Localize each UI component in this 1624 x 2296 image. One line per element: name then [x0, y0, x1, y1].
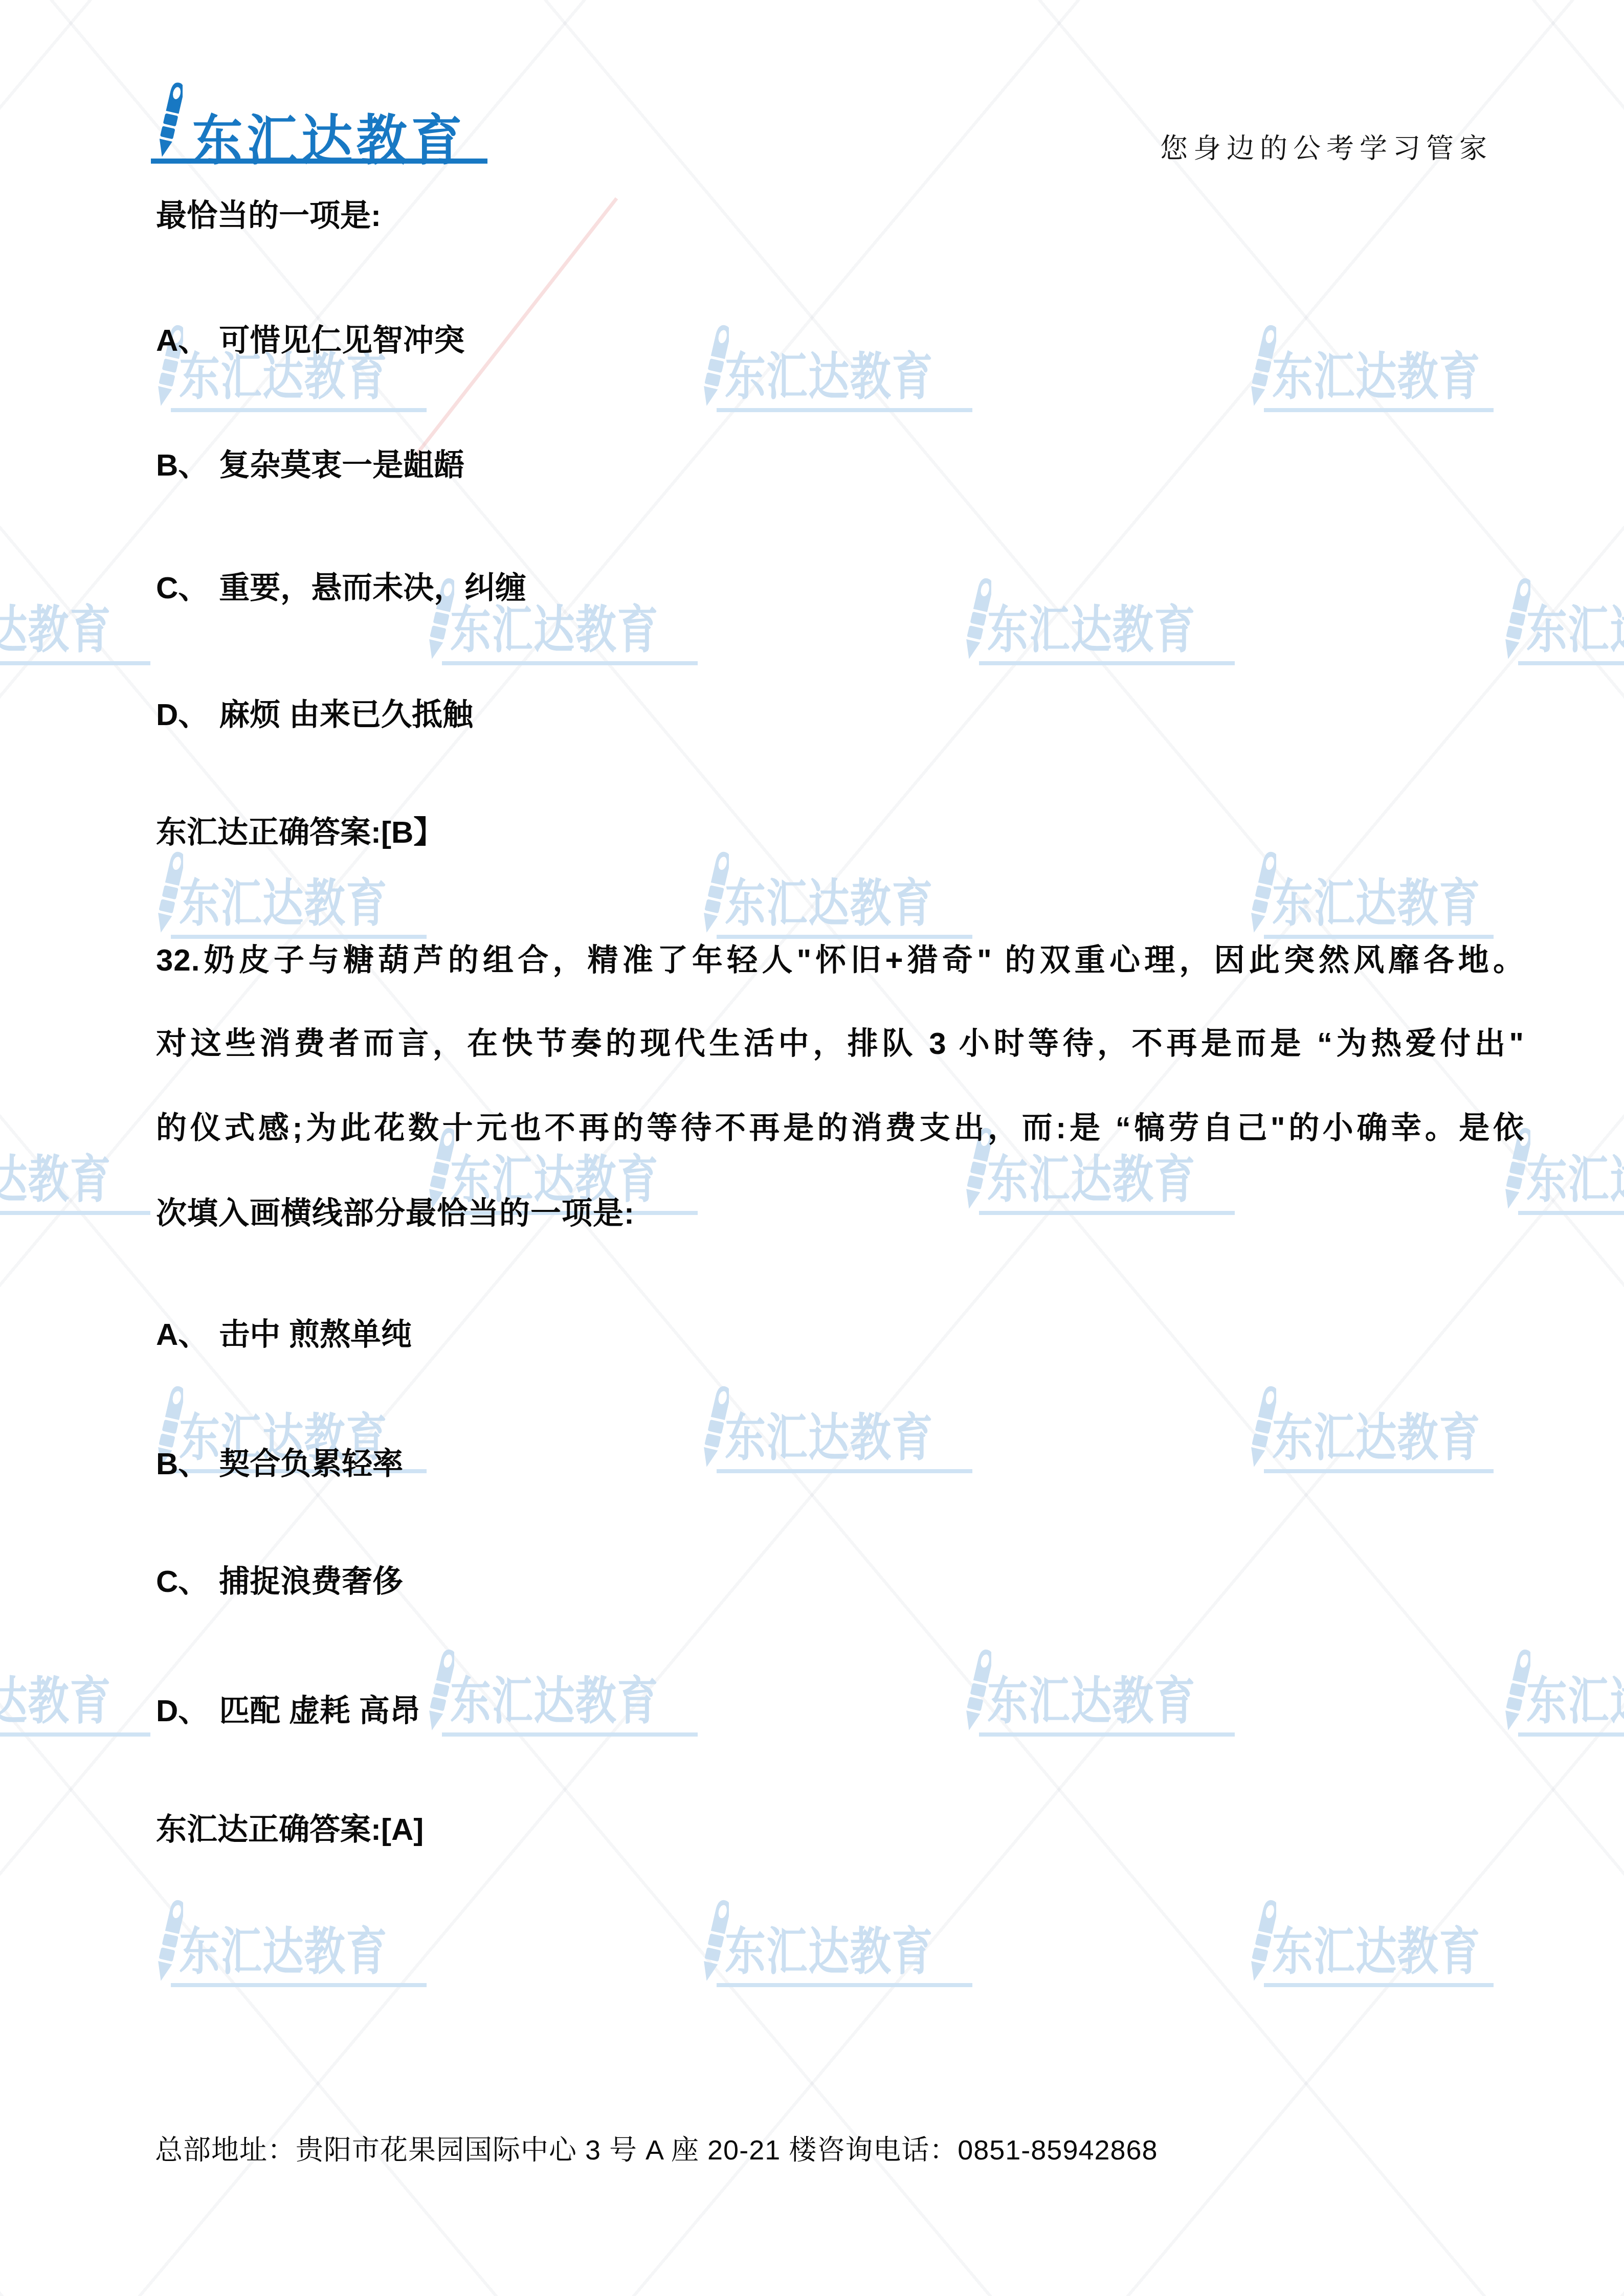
- watermark-text: 东汇达教育: [1526, 589, 1624, 662]
- q31-prompt: 最恰当的一项是:: [156, 191, 381, 235]
- q32-text-line-3: 的仪式感;为此花数十元也不再的等待不再是的消费支出，而:是 “犒劳自己"的小确幸…: [156, 1104, 1524, 1147]
- pencil-icon: [950, 1641, 991, 1736]
- option-label: D、: [156, 1694, 209, 1728]
- q31-option-c: C、重要，悬而未决，纠缠: [156, 564, 526, 607]
- pencil-icon: [1235, 317, 1276, 412]
- footer-phone: 咨询电话：0851-85942868: [817, 2135, 1158, 2166]
- watermark-underline: [0, 1211, 150, 1215]
- watermark-underline: [0, 1732, 150, 1737]
- watermark-text: 东汇达教育: [725, 335, 933, 409]
- watermark-brand: 东汇达教育: [142, 844, 449, 941]
- pencil-icon: [688, 1378, 729, 1473]
- q32-text-line-2: 对这些消费者而言，在快节奏的现代生活中，排队 3 小时等待，不再是而是 “为热爱…: [156, 1019, 1524, 1063]
- watermark-underline: [717, 408, 972, 412]
- footer-contact-line: 总部地址：贵阳市花果园国际中心 3 号 A 座 20-21 楼咨询电话：0851…: [155, 2128, 1158, 2168]
- q31-answer: 东汇达正确答案:[B】: [156, 808, 444, 852]
- pencil-icon: [1235, 1892, 1276, 1987]
- watermark-text: 东汇达教育: [0, 1660, 112, 1734]
- watermark-brand: 东汇达教育: [950, 570, 1257, 667]
- option-text: 契合负累轻率: [219, 1447, 403, 1481]
- q32-answer: 东汇达正确答案:[A]: [156, 1805, 424, 1849]
- option-label: C、: [156, 1564, 209, 1599]
- logo-underline: [151, 159, 487, 164]
- watermark-brand: 东汇达教育: [0, 1120, 173, 1217]
- watermark-brand: 东汇达教育: [688, 1378, 995, 1475]
- pencil-icon: [142, 844, 183, 938]
- watermark-brand: 东汇达教育: [413, 1641, 720, 1739]
- pencil-icon: [1235, 1378, 1276, 1473]
- pencil-icon: [1235, 844, 1276, 938]
- watermark-underline: [717, 1469, 972, 1473]
- option-text: 匹配 虚耗 高昂: [219, 1694, 420, 1728]
- watermark-text: 东汇达教育: [725, 862, 933, 936]
- pencil-icon: [688, 317, 729, 412]
- watermark-text: 东汇达教育: [725, 1397, 933, 1470]
- watermark-brand: 东汇达教育: [1235, 844, 1494, 941]
- q31-option-b: B、复杂莫衷一是龃龉: [156, 441, 464, 485]
- watermark-brand: 东汇达教育: [688, 844, 995, 941]
- watermark-brand: 东汇达教育: [1489, 570, 1624, 667]
- watermark-text: 东汇达教育: [450, 1660, 659, 1734]
- watermark-brand: 东汇达教育: [142, 1892, 449, 1989]
- watermark-underline: [1264, 408, 1494, 412]
- document-page: 东汇达教育东汇达教育东汇达教育东汇达教育东汇达教育东汇达教育东汇达教育东汇达教育…: [0, 0, 1624, 2296]
- watermark-brand: 东汇达教育: [688, 1892, 995, 1989]
- watermark-underline: [171, 408, 427, 412]
- q31-option-a: A、可惜见仁见智冲突: [156, 316, 464, 360]
- pencil-icon: [142, 1892, 183, 1987]
- option-label: A、: [156, 1317, 209, 1352]
- watermark-brand: 东汇达教育: [688, 317, 995, 414]
- watermark-text: 东汇达教育: [179, 862, 388, 936]
- pencil-icon: [1489, 1641, 1530, 1736]
- option-text: 重要，悬而未决，纠缠: [219, 571, 526, 605]
- q31-option-d: D、麻烦 由来已久抵触: [156, 690, 473, 734]
- q32-option-d: D、匹配 虚耗 高昂: [156, 1686, 420, 1730]
- watermark-text: 东汇达教育: [0, 589, 112, 662]
- watermark-brand: 东汇达教育: [1235, 317, 1494, 414]
- option-text: 捕捉浪费奢侈: [219, 1564, 403, 1599]
- option-text: 麻烦 由来已久抵触: [219, 697, 473, 732]
- header-slogan: 您身边的公考学习管家: [1160, 127, 1493, 166]
- option-text: 复杂莫衷一是龃龉: [219, 448, 464, 482]
- watermark-text: 东汇达教育: [1272, 1910, 1481, 1984]
- watermark-text: 东汇达教育: [1272, 335, 1481, 409]
- option-label: B、: [156, 448, 209, 482]
- watermark-brand: 东汇达教育: [1235, 1378, 1494, 1475]
- watermark-text: 东汇达教育: [987, 589, 1196, 662]
- watermark-text: 东汇达教育: [987, 1660, 1196, 1734]
- pencil-icon: [688, 1892, 729, 1987]
- q32-text-line-4: 次填入画横线部分最恰当的一项是:: [156, 1189, 1524, 1233]
- watermark-text: 东汇达教育: [1272, 1397, 1481, 1470]
- watermark-underline: [0, 661, 150, 665]
- q32-option-a: A、击中 煎熬单纯: [156, 1310, 412, 1354]
- watermark-text: 东汇达教育: [1526, 1138, 1624, 1212]
- q32-option-c: C、捕捉浪费奢侈: [156, 1557, 403, 1601]
- watermark-text: 东汇达教育: [1272, 862, 1481, 936]
- footer-address: 总部地址：贵阳市花果园国际中心 3 号 A 座 20-21 楼: [155, 2135, 817, 2166]
- watermark-text: 东汇达教育: [0, 1138, 112, 1212]
- q32-text-line-1: 32.奶皮子与糖葫芦的组合，精准了年轻人"怀旧+猎奇" 的双重心理，因此突然风靡…: [156, 936, 1524, 980]
- watermark-brand: 东汇达教育: [0, 570, 173, 667]
- option-label: B、: [156, 1447, 209, 1481]
- watermark-underline: [979, 1732, 1235, 1737]
- watermark-underline: [717, 1983, 972, 1987]
- watermark-underline: [1264, 1983, 1494, 1987]
- q32-option-b: B、契合负累轻率: [156, 1439, 403, 1483]
- watermark-underline: [171, 1983, 427, 1987]
- pencil-icon: [688, 844, 729, 938]
- watermark-brand: 东汇达教育: [1489, 1641, 1624, 1739]
- pencil-icon: [950, 570, 991, 665]
- option-text: 可惜见仁见智冲突: [219, 323, 464, 357]
- watermark-underline: [1264, 1469, 1494, 1473]
- watermark-underline: [442, 1732, 698, 1737]
- watermark-underline: [1518, 1732, 1624, 1737]
- watermark-underline: [1518, 661, 1624, 665]
- pencil-icon: [1489, 570, 1530, 665]
- watermark-underline: [1518, 1211, 1624, 1215]
- watermark-brand: 东汇达教育: [1235, 1892, 1494, 1989]
- watermark-underline: [979, 661, 1235, 665]
- brand-logo: 东汇达教育: [145, 78, 636, 166]
- pencil-icon: [145, 78, 183, 160]
- option-label: D、: [156, 697, 209, 732]
- watermark-brand: 东汇达教育: [0, 1641, 173, 1739]
- watermark-text: 东汇达教育: [1526, 1660, 1624, 1734]
- option-text: 击中 煎熬单纯: [219, 1317, 412, 1352]
- option-label: C、: [156, 571, 209, 605]
- watermark-brand: 东汇达教育: [950, 1641, 1257, 1739]
- watermark-underline: [442, 661, 698, 665]
- option-label: A、: [156, 323, 209, 357]
- watermark-text: 东汇达教育: [179, 1910, 388, 1984]
- watermark-text: 东汇达教育: [725, 1910, 933, 1984]
